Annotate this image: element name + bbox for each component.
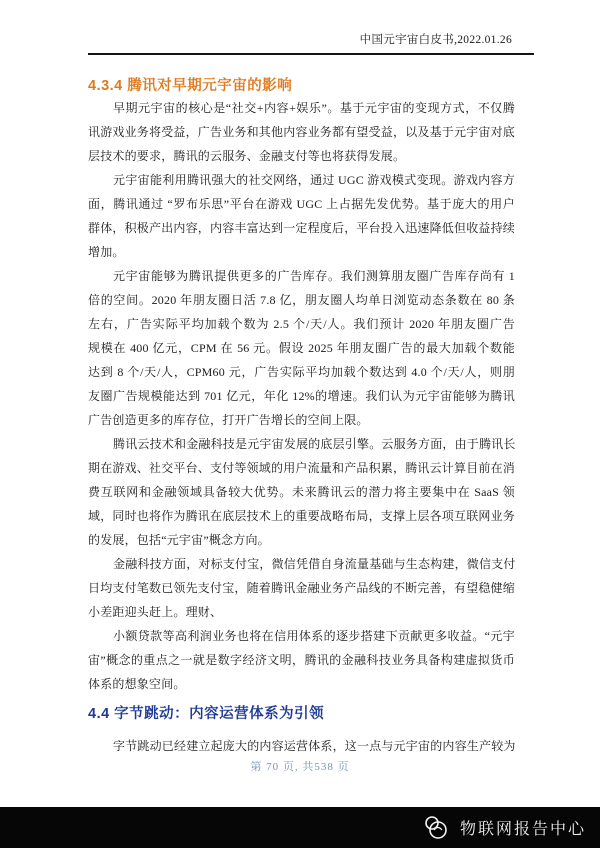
document-page: { "header": { "title": "中国元宇宙白皮书,2022.01… <box>0 0 600 848</box>
body-text-line: 元宇宙能够为腾讯提供更多的广告库存。我们测算朋友圈广告库存尚有 1 <box>88 264 515 288</box>
overlapping-bubbles-logo-icon <box>423 815 453 841</box>
body-text-line: 讯游戏业务将受益，广告业务和其他内容业务都有望受益，以及基于元宇宙对底 <box>88 120 515 144</box>
body-text-line: 的发展，包括“元宇宙”概念方向。 <box>88 528 515 552</box>
body-text-line: 费互联网和金融领域具备较大优势。未来腾讯云的潜力将主要集中在 SaaS 领 <box>88 480 515 504</box>
body-text-line: 元宇宙能利用腾讯强大的社交网络，通过 UGC 游戏模式变现。游戏内容方 <box>88 168 515 192</box>
page-number-footer: 第 70 页, 共538 页 <box>0 758 600 774</box>
section-4-4-body: 字节跳动已经建立起庞大的内容运营体系，这一点与元宇宙的内容生产较为 <box>88 734 515 758</box>
body-text-line: 字节跳动已经建立起庞大的内容运营体系，这一点与元宇宙的内容生产较为 <box>88 734 515 758</box>
body-text-line: 体系的想象空间。 <box>88 672 515 696</box>
body-text-line: 小差距迎头赶上。理财、 <box>88 600 515 624</box>
body-text-line: 达到 8 个/天/人，CPM60 元，广告实际平均加载个数达到 4.0 个/天/… <box>88 360 515 384</box>
brand-name: 物联网报告中心 <box>460 816 586 839</box>
body-text-line: 倍的空间。2020 年朋友圈日活 7.8 亿，朋友圈人均单日浏览动态条数在 80… <box>88 288 515 312</box>
body-text-line: 面，腾讯通过 “罗布乐思”平台在游戏 UGC 上占据先发优势。基于庞大的用户 <box>88 192 515 216</box>
body-text-line: 腾讯云技术和金融科技是元宇宙发展的底层引擎。云服务方面，由于腾讯长 <box>88 432 515 456</box>
body-text-line: 左右，广告实际平均加载个数为 2.5 个/天/人。我们预计 2020 年朋友圈广… <box>88 312 515 336</box>
body-text-line: 日均支付笔数已领先支付宝，随着腾讯金融业务产品线的不断完善，有望稳健缩 <box>88 576 515 600</box>
running-header-title: 中国元宇宙白皮书,2022.01.26 <box>88 31 512 47</box>
header-rule <box>88 53 534 55</box>
body-text-line: 域，同时也将作为腾讯在底层技术上的重要战略布局，支撑上层各项互联网业务 <box>88 504 515 528</box>
body-text-line: 友圈广告规模能达到 701 亿元，年化 12%的增速。我们认为元宇宙能够为腾讯 <box>88 384 515 408</box>
body-text-line: 群体，积极产出内容，内容丰富达到一定程度后，平台投入迅速降低但收益持续 <box>88 216 515 240</box>
body-text-line: 增加。 <box>88 240 515 264</box>
body-text-line: 规模在 400 亿元，CPM 在 56 元。假设 2025 年朋友圈广告的最大加… <box>88 336 515 360</box>
body-text-line: 金融科技方面，对标支付宝，微信凭借自身流量基础与生态构建，微信支付 <box>88 552 515 576</box>
body-text-line: 小额贷款等高利润业务也将在信用体系的逐步搭建下贡献更多收益。“元宇 <box>88 624 515 648</box>
brand-wrap: 物联网报告中心 <box>423 815 586 841</box>
body-text-line: 广告创造更多的库存位，打开广告增长的空间上限。 <box>88 408 515 432</box>
body-text-line: 期在游戏、社交平台、支付等领域的用户流量和产品积累，腾讯云计算目前在消 <box>88 456 515 480</box>
watermark-bar: 物联网报告中心 <box>0 807 600 848</box>
body-text-line: 早期元宇宙的核心是“社交+内容+娱乐”。基于元宇宙的变现方式，不仅腾 <box>88 96 515 120</box>
section-4-3-4-body: 早期元宇宙的核心是“社交+内容+娱乐”。基于元宇宙的变现方式，不仅腾讯游戏业务将… <box>88 96 515 696</box>
section-heading-4-3-4: 4.3.4 腾讯对早期元宇宙的影响 <box>88 74 292 95</box>
body-text-line: 宙”概念的重点之一就是数字经济文明，腾讯的金融科技业务具备构建虚拟货币 <box>88 648 515 672</box>
body-text-line: 层技术的要求，腾讯的云服务、金融支付等也将获得发展。 <box>88 144 515 168</box>
section-heading-4-4: 4.4 字节跳动：内容运营体系为引领 <box>88 702 324 723</box>
